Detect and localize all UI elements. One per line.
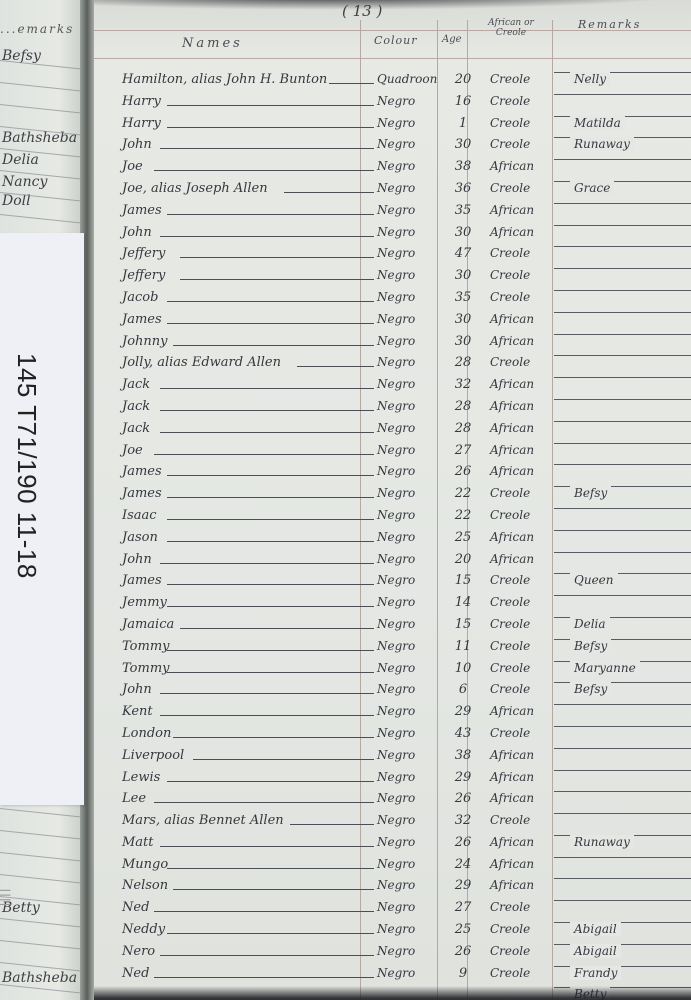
remarks-rule — [554, 726, 691, 727]
entry-name: Jemmy — [122, 595, 167, 610]
remarks-rule — [554, 159, 691, 160]
left-page-remark: Delia — [2, 152, 39, 168]
entry-colour: Quadroon — [377, 72, 437, 86]
entry-colour: Negro — [377, 312, 415, 326]
entry-age: 22 — [448, 508, 478, 523]
table-row: JamesNegro35African — [94, 201, 691, 223]
table-row: JasonNegro25African — [94, 528, 691, 550]
entry-colour: Negro — [377, 159, 415, 173]
entry-origin: Creole — [490, 486, 530, 500]
fill-rule — [167, 606, 375, 607]
entry-age: 10 — [448, 661, 478, 676]
table-row: HarryNegro16Creole — [94, 92, 691, 114]
fill-rule — [167, 584, 375, 585]
entry-origin: African — [490, 377, 534, 391]
entry-age: 38 — [448, 159, 478, 174]
entry-remark: Runaway — [570, 835, 634, 849]
fill-rule — [167, 105, 375, 106]
remarks-rule — [554, 399, 691, 400]
entry-age: 30 — [448, 225, 478, 240]
entry-name: John — [122, 682, 152, 697]
entry-colour: Negro — [377, 486, 415, 500]
remarks-rule — [554, 508, 691, 509]
table-row: JamaicaNegro15CreoleDelia — [94, 615, 691, 637]
entry-name: London — [122, 726, 171, 741]
entry-colour: Negro — [377, 813, 415, 827]
fill-rule — [167, 868, 375, 869]
entry-age: 20 — [448, 72, 478, 87]
entry-age: 32 — [448, 377, 478, 392]
fill-rule — [167, 323, 375, 324]
entry-age: 28 — [448, 355, 478, 370]
entry-colour: Negro — [377, 290, 415, 304]
entry-origin: Creole — [490, 116, 530, 130]
entry-origin: Creole — [490, 726, 530, 740]
entry-name: Joe — [122, 159, 143, 174]
entry-origin: Creole — [490, 966, 530, 980]
entry-colour: Negro — [377, 355, 415, 369]
entry-age: 29 — [448, 704, 478, 719]
fill-rule — [167, 301, 375, 302]
entry-origin: African — [490, 399, 534, 413]
table-row: JamesNegro26African — [94, 462, 691, 484]
table-row: IsaacNegro22Creole — [94, 506, 691, 528]
remarks-rule — [554, 900, 691, 901]
entry-colour: Negro — [377, 878, 415, 892]
entry-origin: African — [490, 312, 534, 326]
entry-colour: Negro — [377, 922, 415, 936]
entry-age: 26 — [448, 464, 478, 479]
entry-remark: Abigail — [570, 922, 621, 936]
fill-rule — [160, 388, 374, 389]
fill-rule — [160, 432, 374, 433]
fill-rule — [160, 563, 374, 564]
entry-name: Joe — [122, 443, 143, 458]
entry-age: 27 — [448, 443, 478, 458]
entry-origin: Creole — [490, 595, 530, 609]
entry-age: 25 — [448, 530, 478, 545]
fill-rule — [167, 781, 375, 782]
entry-name: John — [122, 552, 152, 567]
entry-origin: African — [490, 530, 534, 544]
entry-origin: Creole — [490, 94, 530, 108]
entry-age: 35 — [448, 290, 478, 305]
table-row: HarryNegro1CreoleMatilda — [94, 114, 691, 136]
colour-column-header: Colour — [374, 34, 418, 47]
entry-age: 30 — [448, 137, 478, 152]
entry-colour: Negro — [377, 748, 415, 762]
entry-name: Hamilton, alias John H. Bunton — [122, 72, 327, 87]
remarks-rule — [554, 464, 691, 465]
entry-name: Lewis — [122, 770, 160, 785]
entry-name: James — [122, 464, 162, 479]
fill-rule — [167, 933, 375, 934]
table-row: JohnNegro6CreoleBefsy — [94, 680, 691, 702]
entry-origin: Creole — [490, 137, 530, 151]
entry-age: 1 — [448, 116, 478, 131]
fill-rule — [284, 192, 375, 193]
entry-colour: Negro — [377, 661, 415, 675]
fill-rule — [154, 170, 375, 171]
fill-rule — [154, 911, 375, 912]
entry-age: 15 — [448, 617, 478, 632]
entry-origin: African — [490, 835, 534, 849]
fill-rule — [167, 519, 375, 520]
fill-rule — [290, 824, 374, 825]
table-row: JamesNegro15CreoleQueen — [94, 571, 691, 593]
entry-name: Nero — [122, 944, 155, 959]
entry-name: Jamaica — [122, 617, 174, 632]
entry-remark: Befsy — [570, 486, 611, 500]
fill-rule — [160, 715, 374, 716]
entry-name: Mungo — [122, 857, 168, 872]
entry-name: Harry — [122, 116, 161, 131]
entry-colour: Negro — [377, 639, 415, 653]
table-row: JohnNegro30African — [94, 223, 691, 245]
table-row: NedNegro27Creole — [94, 898, 691, 920]
entry-origin: African — [490, 878, 534, 892]
entry-age: 26 — [448, 791, 478, 806]
entry-colour: Negro — [377, 966, 415, 980]
fill-rule — [180, 628, 375, 629]
remarks-rule — [554, 857, 691, 858]
table-row: JefferyNegro30Creole — [94, 266, 691, 288]
ruled-line — [0, 214, 84, 224]
ruled-line — [0, 808, 84, 818]
remarks-rule — [554, 878, 691, 879]
entry-age: 36 — [448, 181, 478, 196]
entry-origin: Creole — [490, 355, 530, 369]
fill-rule — [160, 693, 374, 694]
remarks-rule — [554, 334, 691, 335]
fill-rule — [167, 541, 375, 542]
remarks-rule — [554, 355, 691, 356]
entry-colour: Negro — [377, 464, 415, 478]
table-row: JefferyNegro47Creole — [94, 244, 691, 266]
remarks-rule — [554, 987, 691, 988]
entry-colour: Negro — [377, 137, 415, 151]
table-row: LiverpoolNegro38African — [94, 746, 691, 768]
table-row: Betty — [94, 985, 691, 1000]
fill-rule — [167, 650, 375, 651]
entry-colour: Negro — [377, 791, 415, 805]
entry-age: 30 — [448, 312, 478, 327]
remarks-column-header: Remarks — [578, 18, 641, 31]
names-column-header: Names — [182, 36, 243, 51]
entry-remark: Befsy — [570, 639, 611, 653]
entry-colour: Negro — [377, 704, 415, 718]
left-page-remarks-header: ...emarks — [0, 22, 74, 36]
table-row: LewisNegro29African — [94, 768, 691, 790]
fill-rule — [173, 737, 374, 738]
fill-rule — [154, 454, 375, 455]
origin-column-header: African or Creole — [476, 18, 546, 38]
entry-origin: African — [490, 225, 534, 239]
table-row: NedNegro9CreoleFrandy — [94, 964, 691, 986]
fill-rule — [160, 148, 374, 149]
fill-rule — [160, 955, 374, 956]
entry-age: 20 — [448, 552, 478, 567]
entry-origin: Creole — [490, 72, 530, 86]
remarks-rule — [554, 595, 691, 596]
entry-colour: Negro — [377, 726, 415, 740]
remarks-rule — [554, 225, 691, 226]
entry-origin: Creole — [490, 508, 530, 522]
entry-colour: Negro — [377, 399, 415, 413]
entry-remark: Queen — [570, 573, 618, 587]
entry-age: 32 — [448, 813, 478, 828]
entry-name: James — [122, 486, 162, 501]
entry-age: 38 — [448, 748, 478, 763]
entry-name: James — [122, 312, 162, 327]
entry-colour: Negro — [377, 421, 415, 435]
entry-colour: Negro — [377, 835, 415, 849]
table-row: KentNegro29African — [94, 702, 691, 724]
entry-colour: Negro — [377, 116, 415, 130]
entry-colour: Negro — [377, 203, 415, 217]
entry-age: 30 — [448, 268, 478, 283]
table-row: MattNegro26AfricanRunaway — [94, 833, 691, 855]
entry-colour: Negro — [377, 181, 415, 195]
table-row: Hamilton, alias John H. BuntonQuadroon20… — [94, 70, 691, 92]
entry-name: Mars, alias Bennet Allen — [122, 813, 284, 828]
entry-colour: Negro — [377, 530, 415, 544]
entry-name: Joe, alias Joseph Allen — [122, 181, 268, 196]
remarks-rule — [554, 421, 691, 422]
entry-origin: African — [490, 443, 534, 457]
entry-origin: African — [490, 857, 534, 871]
remarks-rule — [554, 203, 691, 204]
entry-remark: Runaway — [570, 137, 634, 151]
fill-rule — [167, 672, 375, 673]
table-row: JamesNegro22CreoleBefsy — [94, 484, 691, 506]
age-column-header: Age — [442, 34, 462, 45]
entry-name: Jack — [122, 421, 150, 436]
entry-remark: Maryanne — [570, 661, 640, 675]
entry-name: John — [122, 137, 152, 152]
entry-colour: Negro — [377, 443, 415, 457]
table-row: JackNegro32African — [94, 375, 691, 397]
entry-remark: Abigail — [570, 944, 621, 958]
entry-age: 29 — [448, 770, 478, 785]
entry-colour: Negro — [377, 377, 415, 391]
entry-name: Jack — [122, 377, 150, 392]
entry-name: Jason — [122, 530, 158, 545]
entry-remark: Delia — [570, 617, 610, 631]
entry-age: 28 — [448, 421, 478, 436]
fill-rule — [167, 475, 375, 476]
table-row: TommyNegro10CreoleMaryanne — [94, 659, 691, 681]
entry-age: 25 — [448, 922, 478, 937]
header-rule — [94, 58, 691, 59]
table-row: JacobNegro35Creole — [94, 288, 691, 310]
ruled-line — [0, 60, 84, 70]
entry-name: Ned — [122, 966, 149, 981]
entry-name: Tommy — [122, 661, 170, 676]
entry-age: 6 — [448, 682, 478, 697]
table-row: LeeNegro26African — [94, 789, 691, 811]
remarks-rule — [554, 443, 691, 444]
entry-name: Tommy — [122, 639, 170, 654]
remarks-rule — [554, 312, 691, 313]
entry-remark: Grace — [570, 181, 614, 195]
entry-age: 27 — [448, 900, 478, 915]
remarks-rule — [554, 246, 691, 247]
entry-colour: Negro — [377, 508, 415, 522]
entry-colour: Negro — [377, 94, 415, 108]
fill-rule — [180, 257, 375, 258]
entry-remark: Matilda — [570, 116, 625, 130]
ruled-line — [0, 918, 84, 928]
entry-age: 11 — [448, 639, 478, 654]
fill-rule — [329, 83, 374, 84]
remarks-rule — [554, 748, 691, 749]
table-row: JackNegro28African — [94, 419, 691, 441]
entry-origin: Creole — [490, 181, 530, 195]
entry-origin: Creole — [490, 639, 530, 653]
entry-origin: Creole — [490, 922, 530, 936]
entry-name: Ned — [122, 900, 149, 915]
entry-origin: African — [490, 421, 534, 435]
register-page: ( 13 ) Names Colour Age African or Creol… — [94, 0, 691, 1000]
fill-rule — [167, 497, 375, 498]
entry-name: Jolly, alias Edward Allen — [122, 355, 281, 370]
entry-name: Liverpool — [122, 748, 184, 763]
remarks-rule — [554, 290, 691, 291]
entry-age: 26 — [448, 835, 478, 850]
table-row: Jolly, alias Edward AllenNegro28Creole — [94, 353, 691, 375]
entry-origin: Creole — [490, 617, 530, 631]
entry-name: Jeffery — [122, 268, 165, 283]
entry-origin: African — [490, 791, 534, 805]
table-row: JemmyNegro14Creole — [94, 593, 691, 615]
entry-colour: Negro — [377, 595, 415, 609]
ruled-line — [0, 940, 84, 950]
entry-age: 14 — [448, 595, 478, 610]
entry-age: 43 — [448, 726, 478, 741]
fill-rule — [160, 846, 374, 847]
entry-origin: Creole — [490, 573, 530, 587]
table-row: NeroNegro26CreoleAbigail — [94, 942, 691, 964]
entry-origin: African — [490, 203, 534, 217]
entry-name: James — [122, 573, 162, 588]
ruled-line — [0, 852, 84, 862]
entry-colour: Negro — [377, 573, 415, 587]
entry-name: James — [122, 203, 162, 218]
entry-colour: Negro — [377, 900, 415, 914]
entry-colour: Negro — [377, 268, 415, 282]
entry-colour: Negro — [377, 225, 415, 239]
entry-origin: African — [490, 748, 534, 762]
entry-remark: Befsy — [570, 682, 611, 696]
entry-age: 16 — [448, 94, 478, 109]
table-row: JoeNegro27African — [94, 441, 691, 463]
entry-name: Jeffery — [122, 246, 165, 261]
remarks-rule — [554, 377, 691, 378]
table-row: LondonNegro43Creole — [94, 724, 691, 746]
table-row: NelsonNegro29African — [94, 876, 691, 898]
fill-rule — [160, 410, 374, 411]
fill-rule — [173, 889, 374, 890]
entry-name: Johnny — [122, 334, 168, 349]
entry-age: 30 — [448, 334, 478, 349]
remarks-rule — [554, 94, 691, 95]
entry-age: 26 — [448, 944, 478, 959]
entry-name: John — [122, 225, 152, 240]
entry-origin: Creole — [490, 682, 530, 696]
entry-age: 9 — [448, 966, 478, 981]
left-page-remark: Nancy — [2, 174, 47, 190]
entry-origin: Creole — [490, 290, 530, 304]
ruled-line — [0, 82, 84, 92]
fill-rule — [180, 279, 375, 280]
entry-origin: African — [490, 159, 534, 173]
entry-age: 22 — [448, 486, 478, 501]
entry-origin: African — [490, 704, 534, 718]
table-row: MungoNegro24African — [94, 855, 691, 877]
table-row: JohnnyNegro30African — [94, 332, 691, 354]
entry-age: 35 — [448, 203, 478, 218]
entry-name: Harry — [122, 94, 161, 109]
entry-age: 24 — [448, 857, 478, 872]
fill-rule — [154, 802, 375, 803]
table-row: NeddyNegro25CreoleAbigail — [94, 920, 691, 942]
fill-rule — [167, 127, 375, 128]
remarks-rule — [554, 704, 691, 705]
entry-colour: Negro — [377, 944, 415, 958]
remarks-rule — [554, 813, 691, 814]
entry-remark: Nelly — [570, 72, 610, 86]
entry-age: 15 — [448, 573, 478, 588]
entry-name: Nelson — [122, 878, 168, 893]
table-row: JohnNegro30CreoleRunaway — [94, 135, 691, 157]
ruled-line — [0, 874, 84, 884]
table-row: JoeNegro38African — [94, 157, 691, 179]
entry-origin: African — [490, 334, 534, 348]
table-row: JackNegro28African — [94, 397, 691, 419]
table-row: JohnNegro20African — [94, 550, 691, 572]
entry-origin: Creole — [490, 900, 530, 914]
entry-name: Matt — [122, 835, 154, 850]
remarks-rule — [554, 530, 691, 531]
entry-origin: Creole — [490, 944, 530, 958]
archive-reference-slip: 145 T71/190 11-18 |||| — [0, 233, 84, 805]
entry-age: 47 — [448, 246, 478, 261]
entry-colour: Negro — [377, 246, 415, 260]
entry-origin: Creole — [490, 661, 530, 675]
ruled-line — [0, 830, 84, 840]
entry-origin: African — [490, 464, 534, 478]
register-entries: Hamilton, alias John H. BuntonQuadroon20… — [94, 70, 691, 1000]
entry-origin: Creole — [490, 813, 530, 827]
entry-name: Isaac — [122, 508, 157, 523]
entry-name: Lee — [122, 791, 146, 806]
fill-rule — [154, 977, 375, 978]
table-row: Joe, alias Joseph AllenNegro36CreoleGrac… — [94, 179, 691, 201]
entry-colour: Negro — [377, 334, 415, 348]
table-row: Mars, alias Bennet AllenNegro32Creole — [94, 811, 691, 833]
archive-reference: 145 T71/190 11-18 — [11, 353, 42, 579]
fill-rule — [173, 345, 374, 346]
entry-colour: Negro — [377, 857, 415, 871]
tally-marks: |||| — [0, 888, 12, 907]
entry-name: Jack — [122, 399, 150, 414]
remarks-rule — [554, 268, 691, 269]
entry-name: Jacob — [122, 290, 158, 305]
entry-colour: Negro — [377, 552, 415, 566]
entry-origin: African — [490, 770, 534, 784]
entry-name: Neddy — [122, 922, 165, 937]
